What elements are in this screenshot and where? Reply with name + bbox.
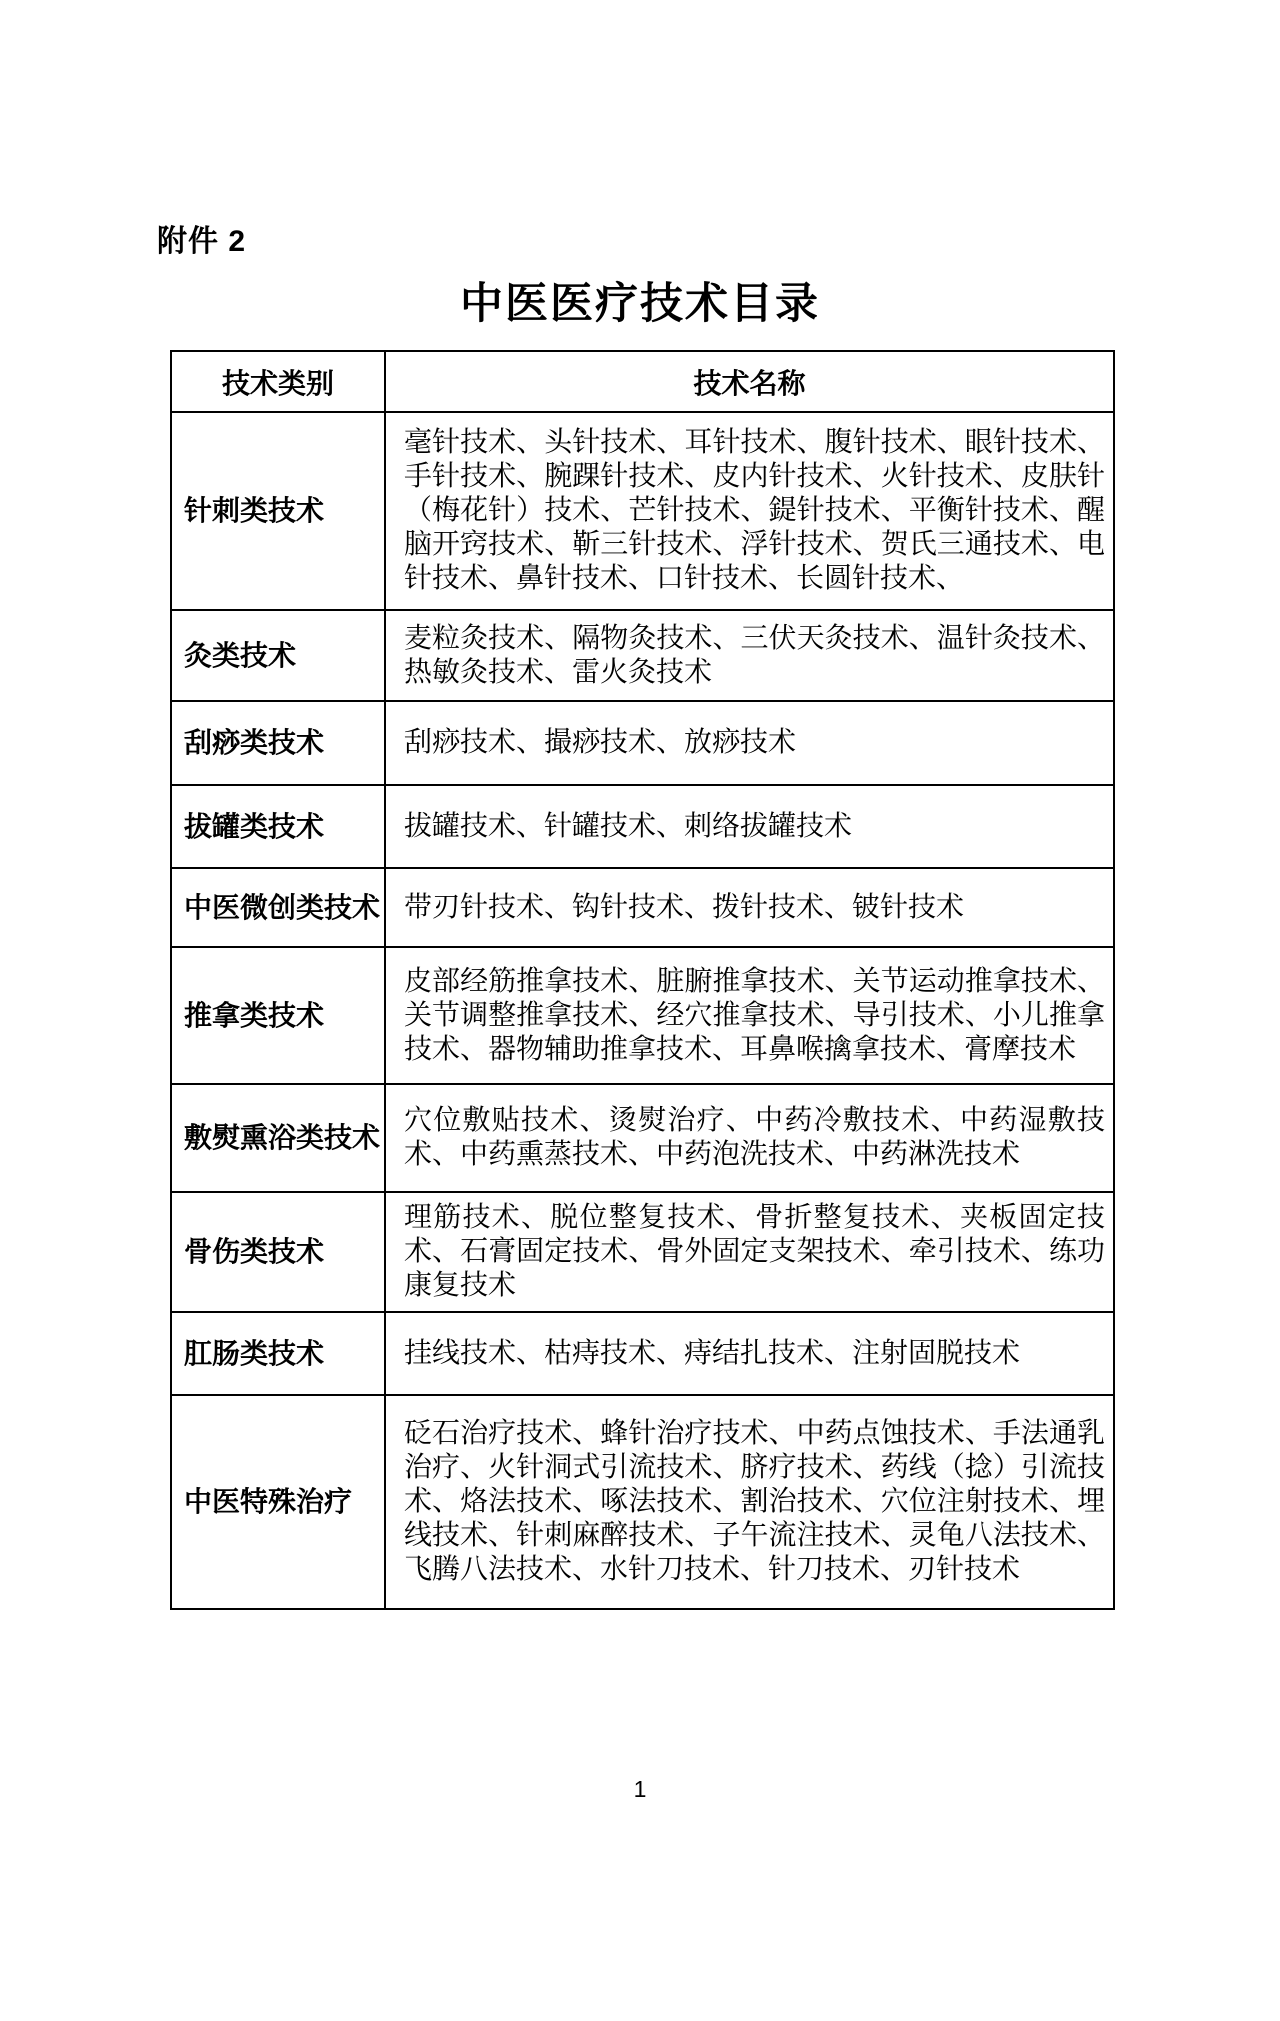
techniques-cell: 皮部经筋推拿技术、脏腑推拿技术、关节运动推拿技术、关节调整推拿技术、经穴推拿技术… <box>385 947 1114 1084</box>
column-header-name: 技术名称 <box>385 351 1114 412</box>
category-cell: 刮痧类技术 <box>171 701 385 785</box>
page-title: 中医医疗技术目录 <box>0 270 1280 331</box>
table-row-moxibustion: 灸类技术 麦粒灸技术、隔物灸技术、三伏天灸技术、温针灸技术、热敏灸技术、雷火灸技… <box>171 610 1114 701</box>
table-header-row: 技术类别 技术名称 <box>171 351 1114 412</box>
category-cell: 敷熨熏浴类技术 <box>171 1084 385 1192</box>
techniques-cell: 理筋技术、脱位整复技术、骨折整复技术、夹板固定技术、石膏固定技术、骨外固定支架技… <box>385 1192 1114 1312</box>
document-page: 附件 2 中医医疗技术目录 技术类别 技术名称 针刺类技术 毫针技术、头针技术、… <box>0 0 1280 2021</box>
table-row-anorectal: 肛肠类技术 挂线技术、枯痔技术、痔结扎技术、注射固脱技术 <box>171 1312 1114 1395</box>
techniques-cell: 刮痧技术、撮痧技术、放痧技术 <box>385 701 1114 785</box>
category-cell: 针刺类技术 <box>171 412 385 610</box>
table-row-guasha: 刮痧类技术 刮痧技术、撮痧技术、放痧技术 <box>171 701 1114 785</box>
page-number: 1 <box>0 1776 1280 1803</box>
techniques-cell: 穴位敷贴技术、烫熨治疗、中药冷敷技术、中药湿敷技术、中药熏蒸技术、中药泡洗技术、… <box>385 1084 1114 1192</box>
table-row-compress-fumigation: 敷熨熏浴类技术 穴位敷贴技术、烫熨治疗、中药冷敷技术、中药湿敷技术、中药熏蒸技术… <box>171 1084 1114 1192</box>
techniques-cell: 拔罐技术、针罐技术、刺络拔罐技术 <box>385 785 1114 868</box>
table-row-special-treatment: 中医特殊治疗 砭石治疗技术、蜂针治疗技术、中药点蚀技术、手法通乳治疗、火针洞式引… <box>171 1395 1114 1609</box>
table-row-tuina: 推拿类技术 皮部经筋推拿技术、脏腑推拿技术、关节运动推拿技术、关节调整推拿技术、… <box>171 947 1114 1084</box>
techniques-cell: 毫针技术、头针技术、耳针技术、腹针技术、眼针技术、手针技术、腕踝针技术、皮内针技… <box>385 412 1114 610</box>
category-cell: 中医微创类技术 <box>171 868 385 947</box>
column-header-category: 技术类别 <box>171 351 385 412</box>
table-row-orthopedics: 骨伤类技术 理筋技术、脱位整复技术、骨折整复技术、夹板固定技术、石膏固定技术、骨… <box>171 1192 1114 1312</box>
category-cell: 灸类技术 <box>171 610 385 701</box>
table-row-needling: 针刺类技术 毫针技术、头针技术、耳针技术、腹针技术、眼针技术、手针技术、腕踝针技… <box>171 412 1114 610</box>
techniques-cell: 砭石治疗技术、蜂针治疗技术、中药点蚀技术、手法通乳治疗、火针洞式引流技术、脐疗技… <box>385 1395 1114 1609</box>
techniques-cell: 挂线技术、枯痔技术、痔结扎技术、注射固脱技术 <box>385 1312 1114 1395</box>
category-cell: 推拿类技术 <box>171 947 385 1084</box>
techniques-cell: 麦粒灸技术、隔物灸技术、三伏天灸技术、温针灸技术、热敏灸技术、雷火灸技术 <box>385 610 1114 701</box>
table-row-minimally-invasive: 中医微创类技术 带刃针技术、钩针技术、拨针技术、铍针技术 <box>171 868 1114 947</box>
category-cell: 肛肠类技术 <box>171 1312 385 1395</box>
technique-catalog-table: 技术类别 技术名称 针刺类技术 毫针技术、头针技术、耳针技术、腹针技术、眼针技术… <box>170 350 1115 1610</box>
category-cell: 拔罐类技术 <box>171 785 385 868</box>
table-row-cupping: 拔罐类技术 拔罐技术、针罐技术、刺络拔罐技术 <box>171 785 1114 868</box>
category-cell: 中医特殊治疗 <box>171 1395 385 1609</box>
techniques-cell: 带刃针技术、钩针技术、拨针技术、铍针技术 <box>385 868 1114 947</box>
attachment-label: 附件 2 <box>157 216 246 260</box>
category-cell: 骨伤类技术 <box>171 1192 385 1312</box>
